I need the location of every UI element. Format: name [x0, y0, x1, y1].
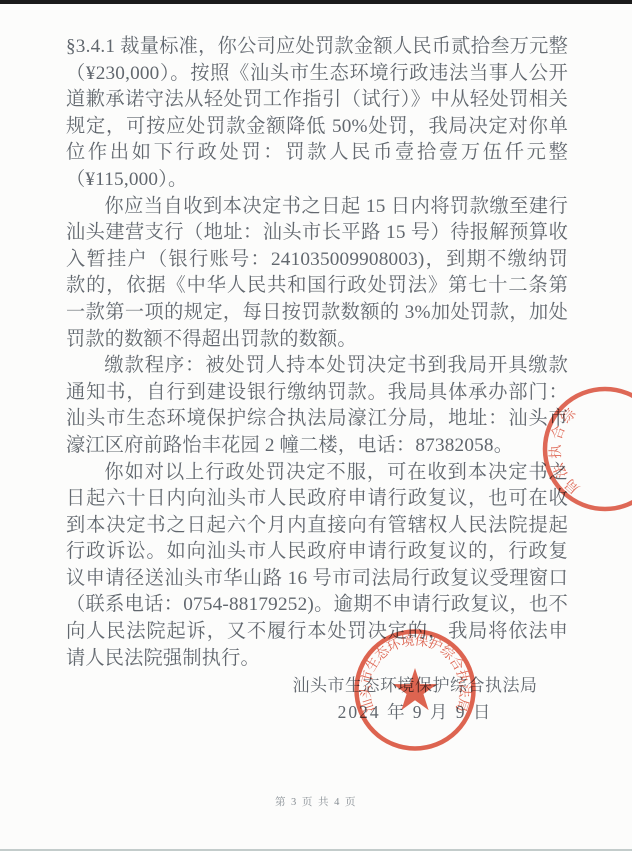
- document-text: §3.4.1 裁量标准，你公司应处罚款金额人民币贰拾叁万元整（¥230,000）…: [66, 34, 568, 672]
- scanned-document-page: { "doc": { "paragraphs": [ "§3.4.1 裁量标准，…: [0, 0, 632, 851]
- paragraph-payment-procedure: 缴款程序：被处罚人持本处罚决定书到我局开具缴款通知书，自行到建设银行缴纳罚款。我…: [66, 353, 568, 459]
- paragraph-penalty-decision: §3.4.1 裁量标准，你公司应处罚款金额人民币贰拾叁万元整（¥230,000）…: [66, 34, 568, 194]
- page-number-footer: 第 3 页 共 4 页: [0, 794, 632, 809]
- seal-star-icon: [393, 668, 437, 710]
- paragraph-payment-instructions: 你应当自收到本决定书之日起 15 日内将罚款缴至建行汕头建营支行（地址：汕头市长…: [66, 194, 568, 354]
- paging-seal: 局法执合综: [533, 383, 632, 515]
- scan-artifact-top-edge: [0, 0, 632, 4]
- official-seal: 汕头市生态环境保护综合执法局: [352, 627, 478, 753]
- paragraph-appeal-rights: 你如对以上行政处罚决定不服，可在收到本决定书之日起六十日内向汕头市人民政府申请行…: [66, 460, 568, 673]
